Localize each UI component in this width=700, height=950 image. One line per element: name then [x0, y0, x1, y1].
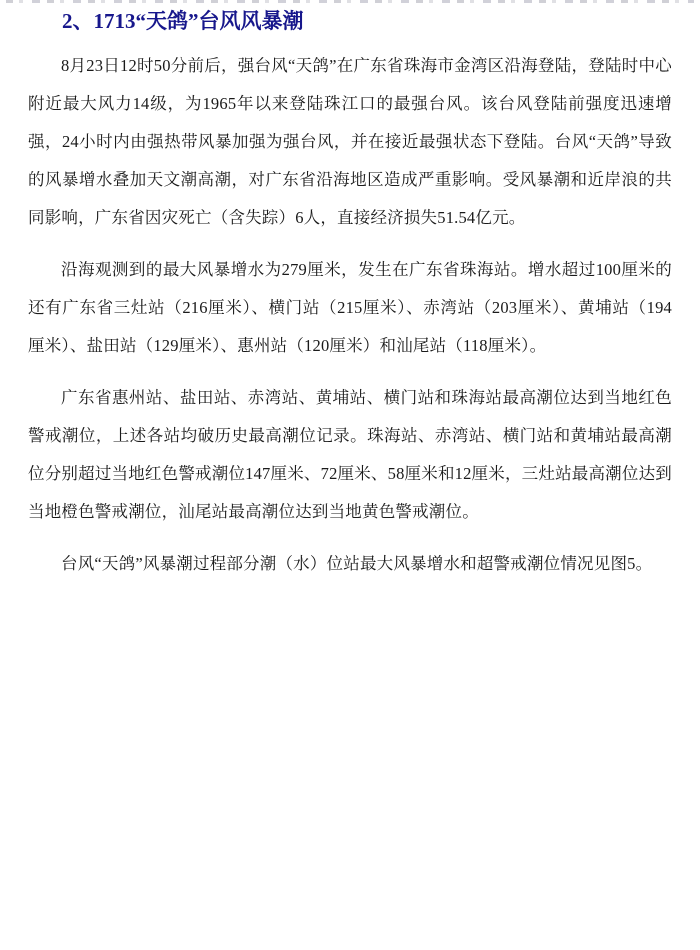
document-page: 2、1713“天鸽”台风风暴潮 8月23日12时50分前后，强台风“天鸽”在广东… [0, 0, 700, 950]
section-heading: 2、1713“天鸽”台风风暴潮 [28, 6, 672, 36]
paragraph-surge-measurements: 沿海观测到的最大风暴增水为279厘米，发生在广东省珠海站。增水超过100厘米的还… [28, 251, 672, 365]
clipped-text-remnant [6, 0, 694, 3]
paragraph-warning-tide-levels: 广东省惠州站、盐田站、赤湾站、黄埔站、横门站和珠海站最高潮位达到当地红色警戒潮位… [28, 379, 672, 531]
document-body: 8月23日12时50分前后，强台风“天鸽”在广东省珠海市金湾区沿海登陆，登陆时中… [28, 47, 672, 583]
paragraph-landfall-overview: 8月23日12时50分前后，强台风“天鸽”在广东省珠海市金湾区沿海登陆，登陆时中… [28, 47, 672, 237]
paragraph-figure-reference: 台风“天鸽”风暴潮过程部分潮（水）位站最大风暴增水和超警戒潮位情况见图5。 [28, 545, 672, 583]
